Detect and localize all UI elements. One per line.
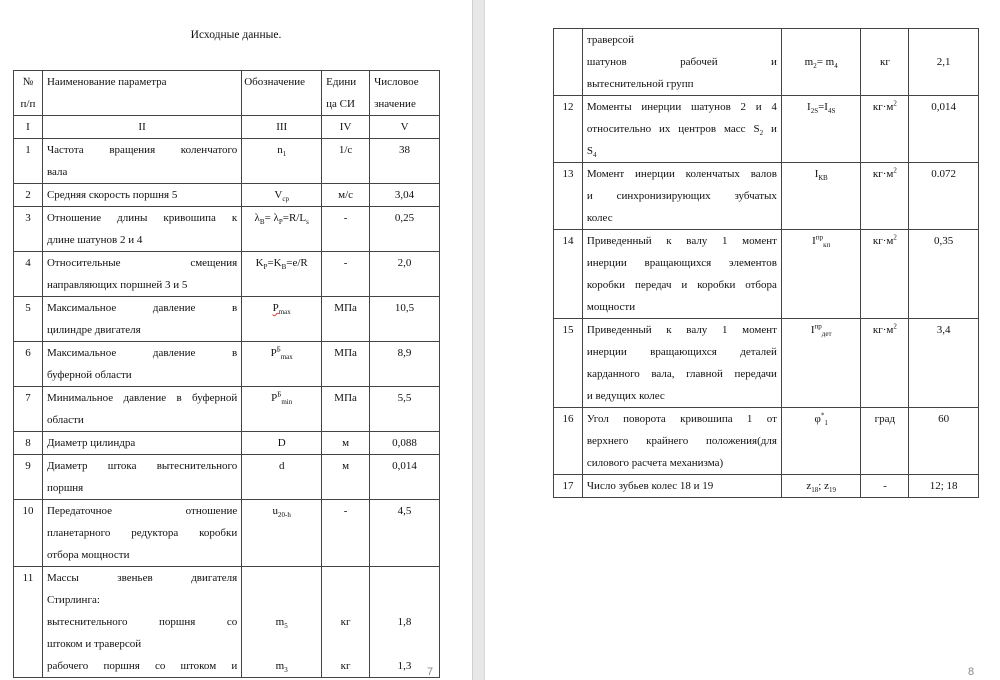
parameter-value: 60 [909,408,979,475]
table-row: 4Относительные смещениянаправляющих порш… [14,252,440,297]
parameter-name: Диаметр штока вытеснительногопоршня [42,455,241,500]
parameter-value: 0.072 [909,163,979,230]
parameter-value: 5,5 [370,387,440,432]
parameter-name: Угол поворота кривошипа 1 отверхнего кра… [582,408,781,475]
table-row: 5Максимальное давление вцилиндре двигате… [14,297,440,342]
parameter-symbol: Pmax [242,297,322,342]
parameter-unit: кг·м2 [861,96,909,163]
parameter-symbol: Iпрдет [781,319,861,408]
table-row: 3Отношение длины кривошипа кдлине шатуно… [14,207,440,252]
parameter-unit: - [322,500,370,567]
row-number: 12 [554,96,583,163]
parameter-symbol: Iпркп [781,230,861,319]
row-number: 17 [554,475,583,498]
table-row: 14Приведенный к валу 1 моментинерции вра… [554,230,979,319]
header-num: №п/п [14,71,43,116]
parameter-unit: - [861,475,909,498]
parameter-value: 2,0 [370,252,440,297]
row-number: 10 [14,500,43,567]
parameter-name: Приведенный к валу 1 моментинерции враща… [582,319,781,408]
header-name: Наименование параметра [42,71,241,116]
table-row: 2Средняя скорость поршня 5Vсрм/с3,04 [14,184,440,207]
parameter-unit: 1/с [322,139,370,184]
row-number: 16 [554,408,583,475]
parameter-name: Максимальное давление вцилиндре двигател… [42,297,241,342]
parameter-symbol: m5 m3 [242,567,322,678]
page-gutter [472,0,485,680]
table-row: 12Моменты инерции шатунов 2 и 4относител… [554,96,979,163]
parameter-unit: кг кг [322,567,370,678]
parameter-unit: м [322,432,370,455]
parameter-value: 10,5 [370,297,440,342]
roman-3: III [242,116,322,139]
header-value: Числовоезначение [370,71,440,116]
page-number: 8 [968,666,974,678]
parameter-symbol: n1 [242,139,322,184]
parameter-unit: град [861,408,909,475]
parameter-symbol: λB= λP=R/Ls [242,207,322,252]
table-row: 6Максимальное давление вбуферной области… [14,342,440,387]
parameter-name: траверсойшатунов рабочей ивытеснительной… [582,29,781,96]
roman-1: I [14,116,43,139]
header-symbol: Обозначение [242,71,322,116]
table-row: 17Число зубьев колес 18 и 19z18; z19-12;… [554,475,979,498]
parameter-symbol: PБmin [242,387,322,432]
parameter-name: Момент инерции коленчатых валови синхрон… [582,163,781,230]
parameter-value: 8,9 [370,342,440,387]
roman-4: IV [322,116,370,139]
parameter-value: 3,4 [909,319,979,408]
row-number: 9 [14,455,43,500]
document-page-8: траверсойшатунов рабочей ивытеснительной… [485,0,1000,680]
roman-2: II [42,116,241,139]
table-row: 10Передаточное отношениепланетарного ред… [14,500,440,567]
parameters-table-part-1: №п/п Наименование параметра Обозначение … [13,70,440,678]
parameter-name: Массы звеньев двигателяСтирлинга:вытесни… [42,567,241,678]
parameter-value: 0,014 [370,455,440,500]
row-number: 5 [14,297,43,342]
parameter-name: Средняя скорость поршня 5 [42,184,241,207]
parameter-unit: м [322,455,370,500]
row-number: 7 [14,387,43,432]
row-number: 13 [554,163,583,230]
page-number: 7 [427,666,433,678]
parameter-unit: МПа [322,387,370,432]
parameter-symbol: I2S=I4S [781,96,861,163]
parameter-name: Относительные смещениянаправляющих поршн… [42,252,241,297]
parameter-value: 2,1 [909,29,979,96]
row-number [554,29,583,96]
parameter-name: Частота вращения коленчатоговала [42,139,241,184]
parameter-unit: - [322,252,370,297]
parameter-name: Передаточное отношениепланетарного редук… [42,500,241,567]
roman-5: V [370,116,440,139]
row-number: 11 [14,567,43,678]
document-page-7: Исходные данные. №п/п Наименование парам… [0,0,472,680]
parameter-value: 38 [370,139,440,184]
table-row: 16Угол поворота кривошипа 1 отверхнего к… [554,408,979,475]
roman-numeral-row: I II III IV V [14,116,440,139]
parameter-value: 0,088 [370,432,440,455]
parameter-symbol: PБmax [242,342,322,387]
parameter-symbol: u20-h [242,500,322,567]
document-title: Исходные данные. [0,29,472,41]
parameter-name: Отношение длины кривошипа кдлине шатунов… [42,207,241,252]
parameter-name: Максимальное давление вбуферной области [42,342,241,387]
table-row: 9Диаметр штока вытеснительногопоршняdм0,… [14,455,440,500]
parameter-symbol: z18; z19 [781,475,861,498]
parameter-name: Число зубьев колес 18 и 19 [582,475,781,498]
row-number: 15 [554,319,583,408]
parameter-value: 4,5 [370,500,440,567]
parameter-unit: кг [861,29,909,96]
parameters-table-part-2: траверсойшатунов рабочей ивытеснительной… [553,28,979,498]
parameter-symbol: Vср [242,184,322,207]
table-row: траверсойшатунов рабочей ивытеснительной… [554,29,979,96]
row-number: 8 [14,432,43,455]
parameter-name: Приведенный к валу 1 моментинерции враща… [582,230,781,319]
header-unit: Единица СИ [322,71,370,116]
parameter-symbol: KP=KB=e/R [242,252,322,297]
parameter-symbol: φ*1 [781,408,861,475]
table-row: 1Частота вращения коленчатоговалаn11/с38 [14,139,440,184]
parameter-unit: - [322,207,370,252]
row-number: 4 [14,252,43,297]
row-number: 6 [14,342,43,387]
parameter-unit: кг·м2 [861,319,909,408]
parameter-symbol: D [242,432,322,455]
parameter-symbol: IКВ [781,163,861,230]
row-number: 3 [14,207,43,252]
table-row: 15Приведенный к валу 1 моментинерции вра… [554,319,979,408]
parameter-value: 12; 18 [909,475,979,498]
parameter-name: Моменты инерции шатунов 2 и 4относительн… [582,96,781,163]
table-header-row: №п/п Наименование параметра Обозначение … [14,71,440,116]
parameter-unit: МПа [322,342,370,387]
parameter-unit: кг·м2 [861,230,909,319]
parameter-value: 3,04 [370,184,440,207]
row-number: 1 [14,139,43,184]
parameter-name: Минимальное давление в буфернойобласти [42,387,241,432]
row-number: 14 [554,230,583,319]
parameter-symbol: m2= m4 [781,29,861,96]
parameter-symbol: d [242,455,322,500]
parameter-value: 1,8 1,3 [370,567,440,678]
parameter-value: 0,014 [909,96,979,163]
parameter-value: 0,35 [909,230,979,319]
table-row: 7Минимальное давление в буфернойобластиP… [14,387,440,432]
parameter-name: Диаметр цилиндра [42,432,241,455]
parameter-unit: МПа [322,297,370,342]
parameter-unit: кг·м2 [861,163,909,230]
parameter-value: 0,25 [370,207,440,252]
row-number: 2 [14,184,43,207]
table-row: 13Момент инерции коленчатых валови синхр… [554,163,979,230]
parameter-unit: м/с [322,184,370,207]
table-row: 8Диаметр цилиндраDм0,088 [14,432,440,455]
table-row: 11Массы звеньев двигателяСтирлинга:вытес… [14,567,440,678]
